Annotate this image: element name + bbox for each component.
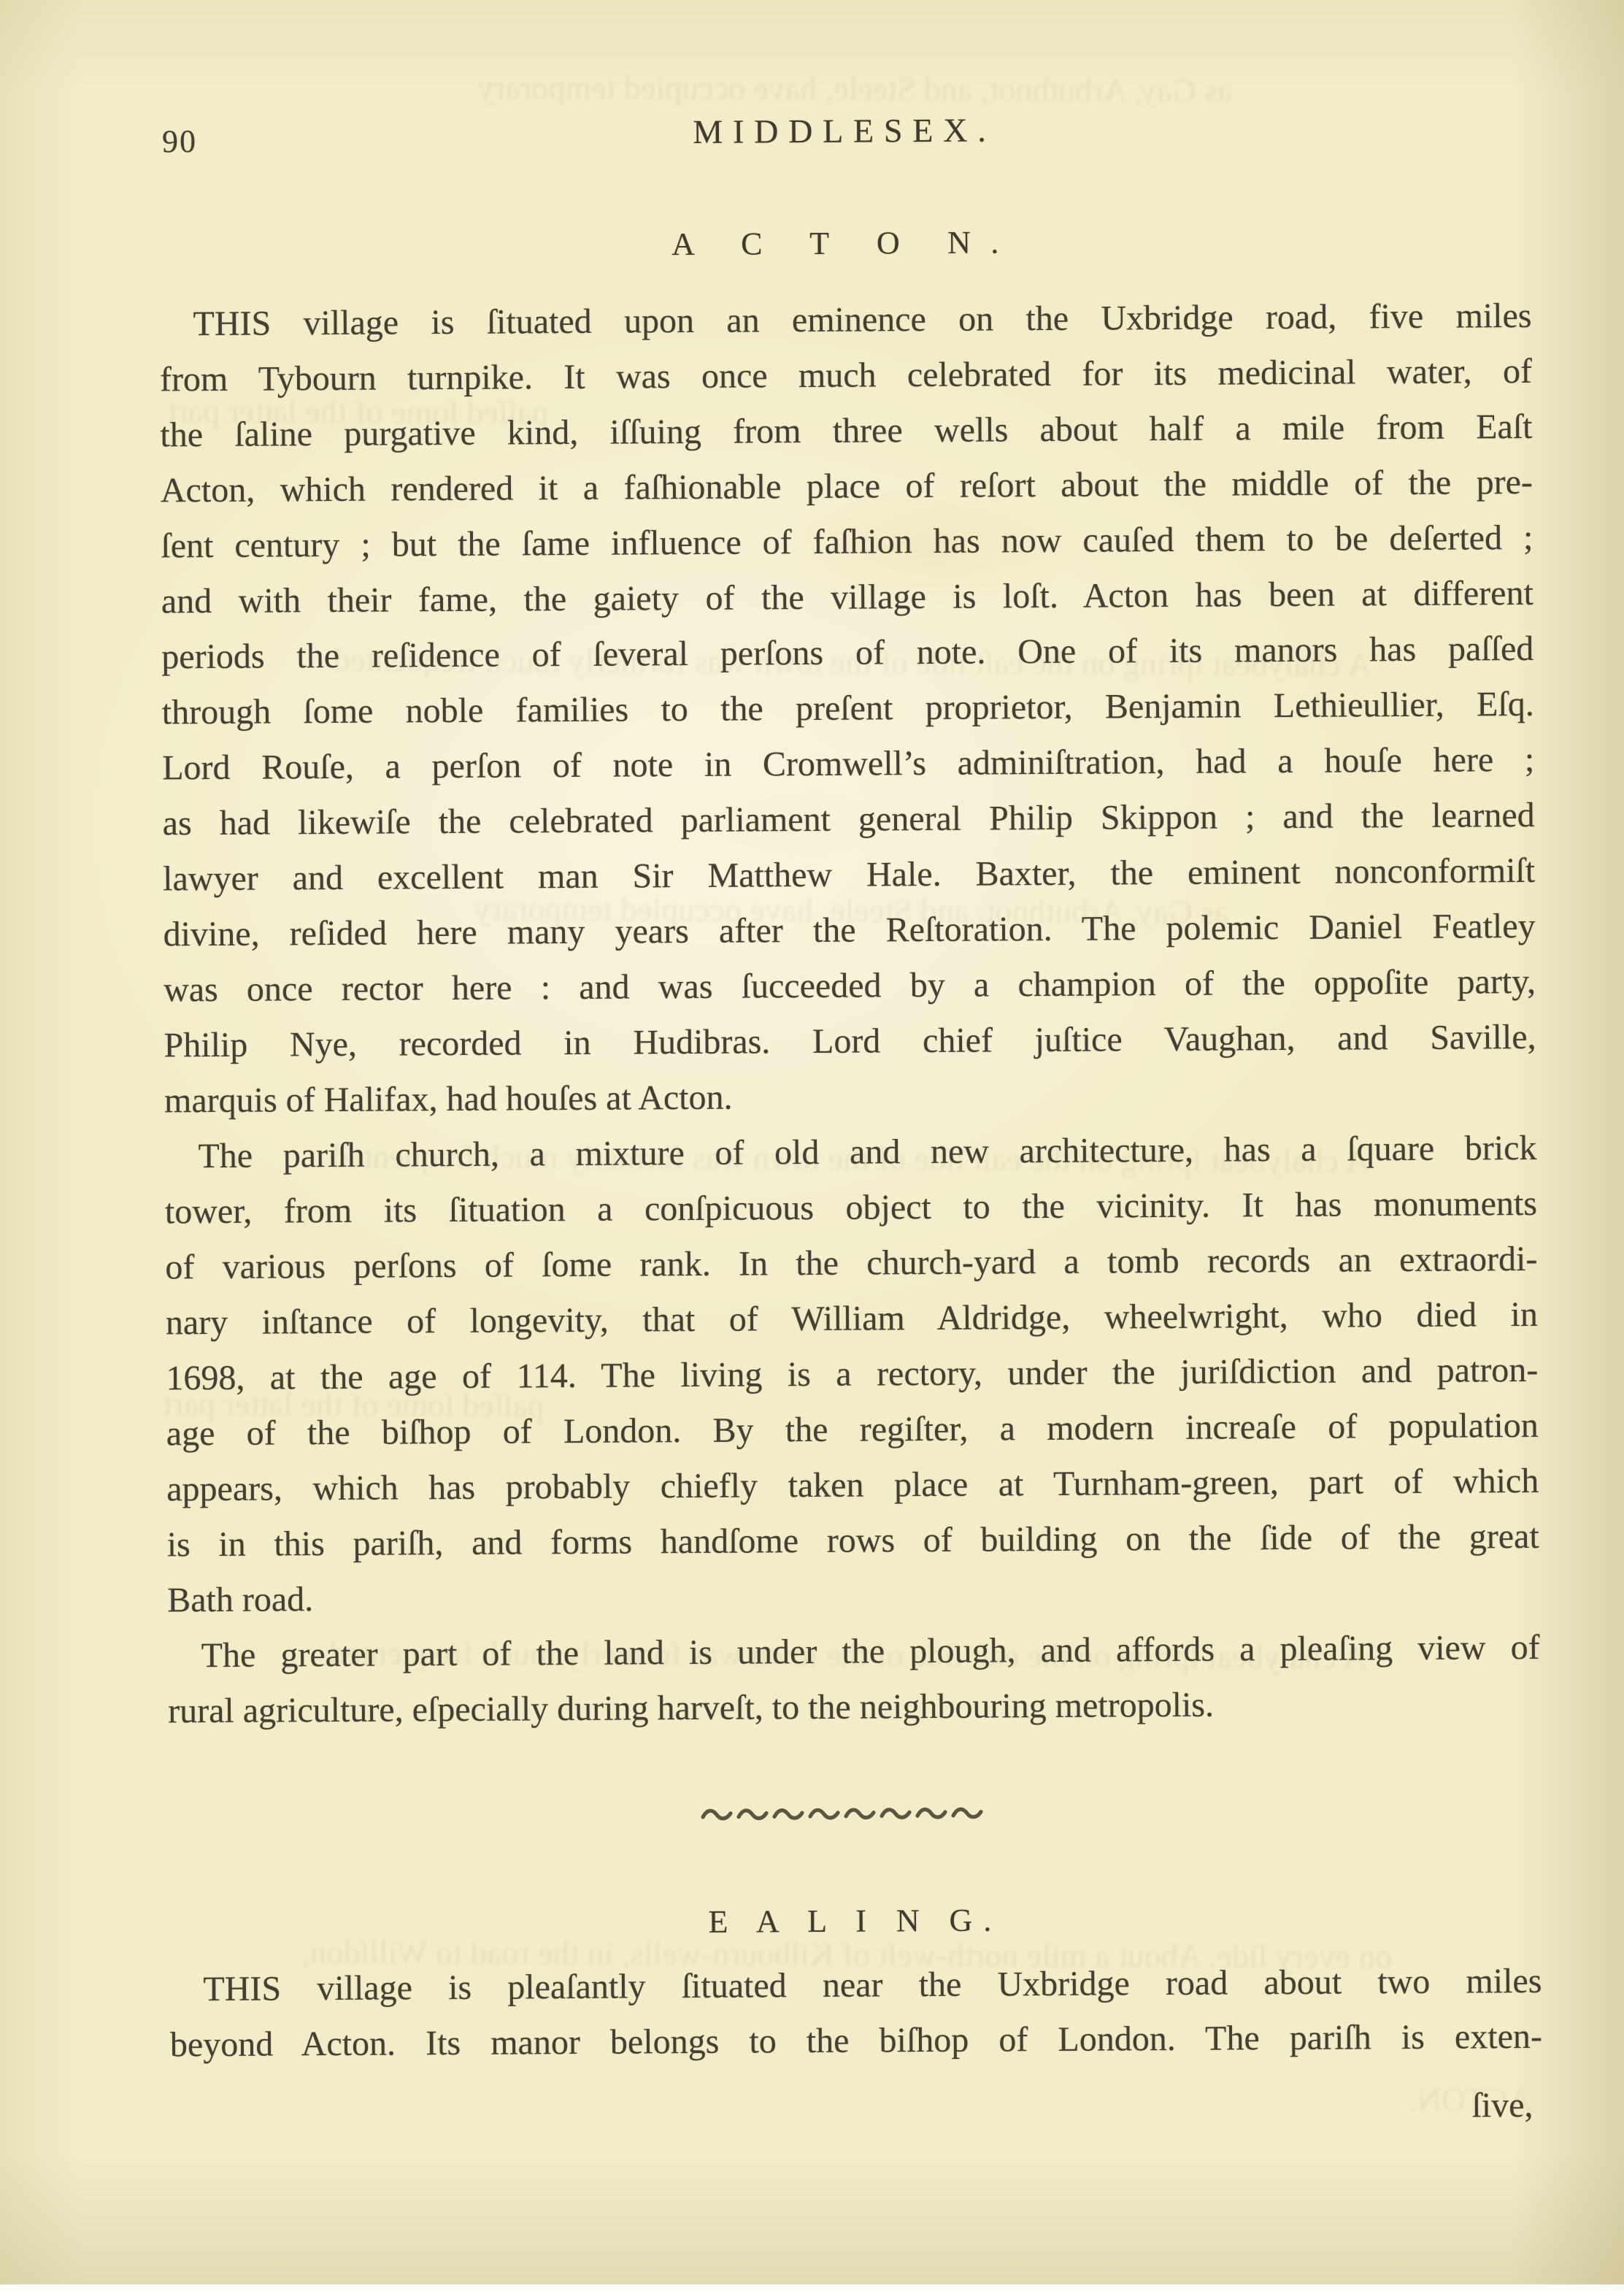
text-line: Acton, which rendered it a faſhionable p… [161, 455, 1533, 518]
book-page-scan: { "page": { "number": "90", "running_hea… [0, 0, 1624, 2291]
text-line: is in this pariſh, and forms handſome ro… [167, 1509, 1539, 1573]
text-line: ſent century ; but the ſame influence of… [161, 510, 1533, 574]
text-line: The greater part of the land is under th… [167, 1620, 1539, 1684]
text-line: Lord Rouſe, a perſon of note in Cromwell… [162, 732, 1534, 796]
paragraph: The greater part of the land is under th… [167, 1620, 1540, 1739]
text-line: nary inſtance of longevity, that of Will… [166, 1287, 1538, 1351]
text-line: The pariſh church, a mixture of old and … [164, 1121, 1536, 1184]
text-line: from Tybourn turnpike. It was once much … [160, 344, 1532, 407]
text-line: THIS village is pleaſantly ſituated near… [169, 1954, 1542, 2017]
text-line: 1698, at the age of 114. The living is a… [166, 1343, 1538, 1406]
text-line: tower, from its ſituation a conſpicuous … [165, 1176, 1537, 1240]
text-line: divine, reſided here many years after th… [163, 899, 1535, 962]
text-line: appears, which has probably chiefly take… [166, 1454, 1539, 1517]
text-line: the ſaline purgative kind, iſſuing from … [160, 399, 1532, 463]
paragraph: THIS village is ſituated upon an eminenc… [159, 288, 1536, 1129]
text-line: as had likewiſe the celebrated parliamen… [162, 788, 1534, 851]
text-line: marquis of Halifax, had houſes at Acton. [164, 1065, 1536, 1129]
paragraph: The pariſh church, a mixture of old and … [164, 1121, 1539, 1628]
text-line: lawyer and excellent man Sir Matthew Hal… [163, 843, 1535, 907]
scanned-page: as Gay, Arbuthnot, and Steele, have occu… [0, 0, 1624, 2291]
text-line: of various perſons of ſome rank. In the … [165, 1232, 1537, 1295]
section-heading-ealing: E A L I N G. [169, 1898, 1542, 1943]
scan-edge-strip [0, 2284, 1624, 2291]
section-heading-acton: A C T O N. [159, 220, 1531, 266]
text-line: through ſome noble families to the preſe… [162, 677, 1534, 740]
catchword: ſive, [1471, 2085, 1533, 2126]
text-line: Philip Nye, recorded in Hudibras. Lord c… [163, 1010, 1536, 1073]
text-line: was once rector here : and was ſucceeded… [163, 954, 1536, 1018]
paragraph: THIS village is pleaſantly ſituated near… [169, 1954, 1542, 2073]
text-line: and with their fame, the gaiety of the v… [161, 566, 1533, 629]
text-line: rural agriculture, eſpecially during har… [168, 1676, 1540, 1739]
text-line: periods the reſidence of ſeveral perſons… [161, 621, 1533, 685]
text-line: THIS village is ſituated upon an eminenc… [159, 288, 1531, 352]
text-line: age of the biſhop of London. By the regi… [166, 1398, 1539, 1462]
printed-text-block: 90 MIDDLESEX. A C T O N. THIS village is… [0, 0, 1624, 2291]
wavy-rule-ornament [699, 1801, 991, 1826]
running-head: MIDDLESEX. [158, 107, 1531, 154]
text-line: Bath road. [167, 1565, 1539, 1628]
text-line: beyond Acton. Its manor belongs to the b… [170, 2009, 1542, 2073]
